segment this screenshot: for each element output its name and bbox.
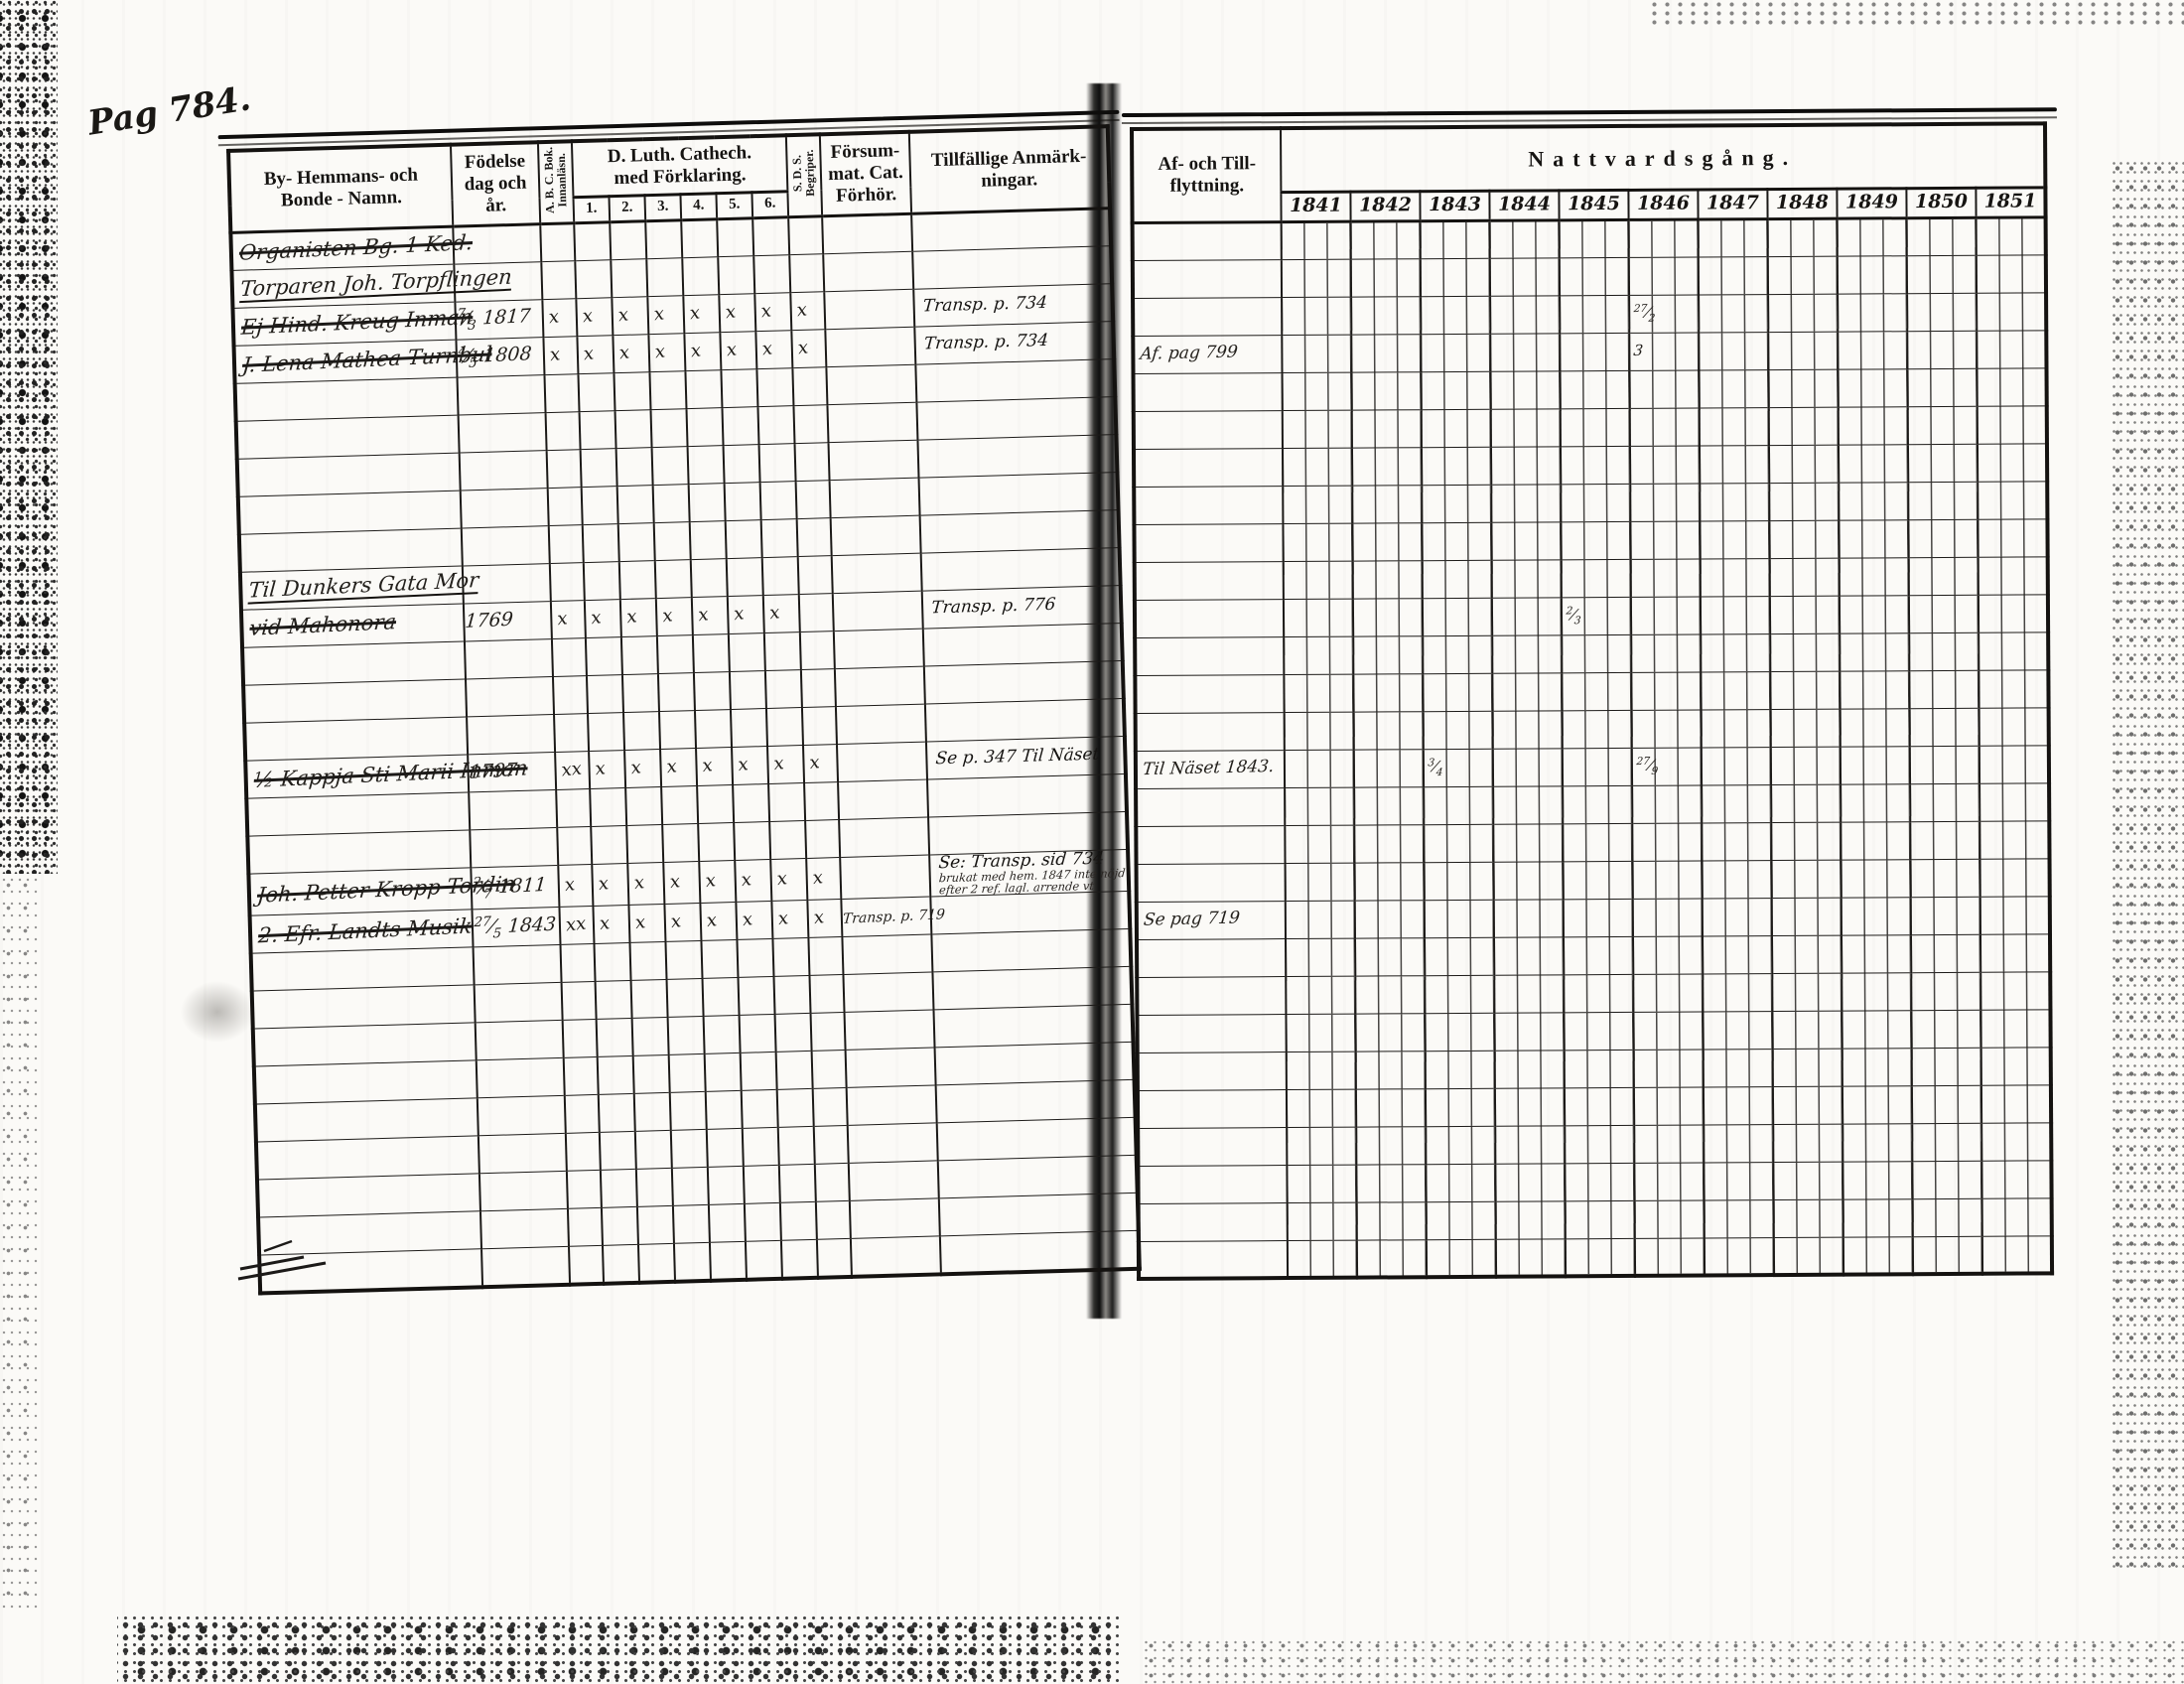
communion-cell-1849 [1839,444,1908,482]
communion-cell-1846 [1635,1237,1705,1275]
missed-exam-cell [849,1161,939,1200]
mark-cell: x [612,296,648,335]
mark-cell [588,712,624,751]
name-cell [251,947,475,991]
communion-cell-1846 [1632,822,1702,860]
table-row: 2⁄3 [1135,594,2048,637]
communion-cell-1844 [1490,219,1560,257]
col-header-remarks: Tillfällige Anmärk- ningar. [909,126,1110,213]
communion-cell-1846 [1633,860,1703,898]
moving-cell [1137,938,1286,977]
mark-cell: x [551,600,586,638]
missed-exam-cell [838,779,928,819]
communion-cell-1844 [1494,861,1564,899]
birth-date-cell [460,450,548,490]
mark-cell [815,1164,850,1202]
remarks-cell [911,208,1111,251]
mark-cell: x [692,596,729,634]
examination-mark: x [777,911,789,929]
communion-mark: 3⁄4 [1427,758,1444,778]
mark-cell: x [732,746,768,784]
communion-cell-1846 [1631,633,1701,671]
mark-cell [615,409,652,448]
mark-cell: x [770,858,807,902]
mark-cell [682,256,719,295]
name-cell [258,1211,481,1255]
communion-cell-1844 [1492,634,1562,672]
remarks-cell [938,1156,1138,1199]
communion-cell-1851 [1979,631,2048,669]
mark-cell [772,938,809,977]
communion-cell-1846: 27⁄2 [1629,295,1699,333]
mark-cell: x [807,900,842,938]
mark-cell [652,446,689,485]
mark-cell: x [620,598,657,636]
mark-cell [788,215,823,254]
examination-mark: x [617,306,629,325]
noise-bottom-edge [117,1616,1120,1684]
communion-cell-1841 [1283,410,1352,448]
examination-mark: x [590,609,602,628]
communion-cell-1842 [1352,409,1422,447]
remarks-cell [916,396,1116,440]
communion-cell-1841 [1282,335,1351,372]
communion-cell-1843 [1421,334,1490,371]
communion-cell-1848 [1769,483,1839,520]
communion-cell-1850 [1908,406,1978,444]
communion-cell-1851 [1979,745,2049,782]
mark-cell [574,221,611,260]
mark-cell [769,820,806,859]
communion-cell-1851 [1980,971,2050,1009]
communion-cell-1848 [1770,596,1840,633]
examination-mark: x [634,914,646,933]
examination-mark: x [630,759,642,777]
communion-cell-1844 [1492,672,1562,710]
examination-mark: x [689,304,701,323]
table-row [1134,405,2047,449]
missed-exam-cell [834,629,924,668]
mark-cell: x [593,906,629,944]
communion-cell-1842 [1353,560,1423,598]
moving-cell [1133,259,1282,298]
communion-cell-1845 [1563,823,1632,861]
birth-date-cell [462,525,550,565]
communion-cell-1849 [1841,746,1910,783]
communion-cell-1841 [1282,259,1351,297]
mark-cell [662,823,699,862]
mark-cell [775,1014,812,1052]
examination-mark: x [738,756,750,774]
communion-mark: 2⁄3 [1565,606,1582,627]
mark-cell [773,976,810,1015]
communion-cell-1847 [1703,1011,1772,1049]
handwritten-remark: Transp. p. 734 [922,293,1111,316]
examination-mark: x [598,875,610,894]
communion-cell-1841 [1284,674,1353,712]
communion-cell-1849 [1838,255,1907,293]
mark-cell [708,1167,745,1205]
mark-cell [685,369,722,408]
communion-cell-1845 [1562,559,1631,597]
mark-cell [816,1201,851,1240]
remarks-cell [939,1193,1139,1237]
communion-cell-1851 [1979,782,2049,820]
mark-cell [813,1088,848,1127]
examination-mark: x [669,873,681,892]
communion-cell-1841 [1287,1089,1356,1127]
mark-cell [743,1128,779,1167]
communion-cell-1844 [1491,446,1561,484]
name-cell: Ej Hind. Kreug Inman [232,302,456,346]
mark-cell [811,1013,846,1052]
communion-cell-1850 [1908,444,1978,482]
mark-cell: x [664,904,701,942]
mark-cell: x [543,336,578,374]
name-cell: 2. Efr. Landts Musik [250,910,474,953]
mark-cell [667,979,704,1018]
handwritten-name: J. Lena Mathea Turnbul [241,344,492,376]
mark-cell: x [558,864,593,908]
communion-cell-1851 [1979,556,2048,594]
communion-cell-1842 [1356,1126,1426,1164]
handwritten-page-number: Pag 784. [85,78,253,143]
communion-cell-1846 [1630,408,1700,446]
communion-cell-1841 [1286,1014,1355,1052]
communion-cell-1849 [1843,1236,1913,1274]
missed-exam-cell [840,855,930,900]
table-row [1133,254,2046,298]
communion-cell-1847 [1699,218,1768,256]
communion-cell-1849 [1840,632,1909,670]
communion-cell-1845 [1563,748,1632,785]
name-cell [253,1023,477,1066]
col-header-birth: Födelse dag och år. [451,142,540,225]
mark-cell [781,1240,818,1279]
mark-cell [556,788,591,827]
communion-cell-1846 [1631,671,1701,709]
birth-date-cell [479,1172,568,1211]
communion-cell-1845 [1561,370,1630,408]
communion-cell-1846 [1630,520,1700,558]
communion-cell-1842 [1354,824,1424,862]
mark-cell [759,443,796,482]
communion-cell-1847 [1701,596,1770,633]
mark-cell [653,484,690,522]
communion-cell-1845 [1561,521,1630,559]
mark-cell [547,449,582,488]
right-table-body: 27⁄2Af. pag 79932⁄3Til Näset 1843.3⁄427⁄… [1133,216,2053,1279]
mark-cell [705,1053,742,1092]
communion-cell-1847 [1705,1199,1774,1237]
noise-right-edge [2111,159,2184,1569]
communion-cell-1847 [1705,1237,1774,1275]
communion-cell-1851 [1980,1009,2050,1047]
examination-mark: xx [561,760,583,779]
missed-exam-cell [850,1198,940,1238]
communion-cell-1843 [1422,485,1491,522]
communion-cell-1847 [1700,369,1769,407]
remarks-cell: Transp. p. 734 [914,321,1114,364]
communion-cell-1846 [1630,483,1700,520]
communion-cell-1851 [1977,254,2046,292]
communion-cell-1849 [1843,1048,1912,1085]
communion-cell-1843 [1426,1051,1495,1088]
communion-cell-1851 [1979,820,2049,858]
moving-cell [1134,410,1283,449]
mark-cell [730,670,766,709]
communion-cell-1851 [1977,367,2046,405]
mark-cell [762,556,799,595]
communion-cell-1846 [1634,1124,1704,1162]
communion-cell-1845 [1560,219,1629,257]
col-header-names: By- Hemmans- och Bonde - Namn. [228,145,453,232]
name-cell [243,678,467,722]
handwritten-section-heading: Til Dunkers Gata Mor [248,570,479,605]
mark-cell: x [683,294,720,333]
communion-cell-1849 [1842,1010,1911,1048]
missed-exam-cell [839,817,929,857]
communion-cell-1849 [1839,519,1908,557]
mark-cell [634,1093,671,1132]
mark-cell: x [589,750,625,788]
examination-mark: x [776,870,788,889]
communion-cell-1845 [1562,634,1631,672]
communion-cell-1844 [1490,257,1560,295]
birth-date-cell [481,1247,570,1287]
mark-cell [681,218,718,257]
mark-cell [646,257,683,296]
communion-cell-1845 [1561,408,1630,446]
mark-cell [780,1202,817,1241]
communion-cell-1843 [1422,409,1491,447]
communion-cell-1849 [1842,859,1911,897]
communion-cell-1843 [1421,296,1490,334]
mark-cell [629,942,666,981]
remarks-cell: Se p. 347 Til Näset [926,736,1126,779]
communion-cell-1847 [1703,935,1772,973]
mark-cell [649,370,686,409]
communion-cell-1850 [1910,746,1979,783]
year-header-1850: 1850 [1906,188,1976,217]
communion-cell-1842 [1354,786,1424,824]
name-cell: Torparen Joh. Torpflingen [231,264,455,308]
moving-cell [1133,221,1282,260]
communion-cell-1845 [1560,295,1629,333]
mark-cell [776,1052,813,1090]
communion-cell-1841 [1282,297,1351,335]
communion-cell-1844 [1492,559,1562,597]
mark-cell [793,404,828,443]
communion-cell-1843 [1421,258,1490,296]
communion-cell-1849 [1843,1085,1912,1123]
mark-cell [540,222,575,261]
communion-cell-1850 [1910,708,1979,746]
missed-exam-cell [842,934,932,974]
mark-cell: x [647,295,684,334]
remarks-cell: Transp. p. 776 [922,585,1122,629]
mark-cell [623,711,660,750]
communion-cell-1844 [1496,1238,1566,1276]
mark-cell: x [720,331,756,369]
mark-cell: x [576,297,613,336]
communion-cell-1844 [1491,408,1561,446]
table-row [1134,518,2047,562]
birth-date-cell [466,676,554,716]
communion-cell-1850 [1908,482,1978,519]
catechism-col-2: 2. [609,195,645,221]
communion-cell-1845 [1566,1238,1635,1276]
mark-cell: x [696,747,733,785]
communion-cell-1849 [1841,708,1910,746]
name-cell [239,528,463,572]
remarks-cell [937,1118,1137,1162]
moving-cell [1133,297,1282,336]
mark-cell [595,943,631,982]
moving-cell: Af. pag 799 [1133,335,1282,373]
examination-mark: x [556,610,568,629]
mark-cell [768,782,805,821]
remarks-cell [931,929,1131,973]
communion-cell-1841 [1283,372,1352,410]
communion-cell-1847 [1702,709,1771,747]
birth-date-cell [470,827,558,867]
examination-mark: x [697,606,709,625]
mark-cell [745,1203,781,1242]
mark-cell [670,1092,707,1131]
mark-cell [632,1018,669,1056]
mark-cell [616,447,653,486]
mark-cell [619,560,656,599]
communion-cell-1851 [1977,292,2046,330]
communion-cell-1848 [1768,294,1838,332]
mark-cell [658,672,695,711]
mark-cell [796,480,831,518]
communion-cell-1849 [1843,1123,1912,1161]
communion-cell-1842 [1355,900,1425,937]
missed-exam-cell [823,251,913,291]
mark-cell [804,781,839,820]
mark-cell [600,1132,636,1171]
communion-cell-1847 [1699,256,1768,294]
communion-cell-1847 [1699,332,1768,369]
remarks-cell [924,660,1124,704]
year-header-1846: 1846 [1628,190,1698,219]
table-row [1139,1235,2052,1279]
name-cell [256,1136,479,1180]
mark-cell [561,944,596,983]
communion-cell-1843 [1423,560,1492,598]
mark-cell [726,519,762,558]
examination-mark: x [595,760,607,778]
mark-cell [695,709,732,748]
communion-cell-1843 [1425,900,1494,937]
communion-cell-1848 [1772,935,1842,973]
mark-cell [753,254,790,293]
communion-cell-1850 [1912,1048,1981,1085]
missed-exam-cell [831,515,921,555]
communion-cell-1849 [1839,482,1908,519]
communion-cell-1845 [1564,899,1633,936]
name-cell [236,415,460,459]
communion-cell-1849 [1838,293,1907,331]
missed-exam-cell [827,402,917,442]
examination-mark: x [549,346,561,364]
communion-cell-1842 [1351,296,1421,334]
communion-cell-1851 [1977,216,2046,254]
communion-cell-1848 [1770,671,1840,709]
mark-cell: x [719,293,755,332]
mark-cell [650,408,687,447]
birth-date-cell [478,1134,567,1174]
mark-cell [638,1244,675,1283]
mark-cell [694,671,731,710]
moving-cell: Se pag 719 [1137,901,1286,939]
moving-cell [1135,599,1284,637]
communion-cell-1844 [1495,1163,1565,1200]
name-cell [252,985,476,1029]
communion-cell-1841 [1287,1052,1356,1089]
mark-cell [760,481,797,519]
mark-cell [554,713,589,752]
communion-cell-1846 [1633,1011,1703,1049]
table-row [1138,1160,2051,1203]
mark-cell [557,826,592,865]
handwritten-birth-date: 1769 [465,611,514,631]
communion-cell-1843 [1425,862,1494,900]
handwritten-name: vid Mahonora [249,612,397,639]
communion-cell-1846 [1634,1162,1704,1199]
mark-cell [798,555,833,594]
communion-cell-1843 [1427,1201,1496,1239]
communion-cell-1847 [1704,1162,1773,1199]
communion-cell-1847 [1702,784,1771,822]
communion-cell-1849 [1842,897,1911,934]
communion-cell-1844 [1491,484,1561,521]
mark-cell [757,405,794,444]
communion-cell-1847 [1700,520,1769,558]
communion-cell-1848 [1774,1237,1843,1275]
communion-cell-1850 [1911,972,1980,1010]
examination-mark: x [768,604,780,623]
communion-cell-1842 [1352,447,1422,485]
communion-cell-1850 [1913,1236,1982,1274]
mark-cell [657,634,694,673]
mark-cell [562,982,597,1021]
communion-cell-1844 [1494,1012,1564,1050]
communion-cell-1849 [1840,557,1909,595]
catechism-col-4: 4. [680,193,717,219]
examination-mark: x [741,871,752,890]
mark-cell [808,937,843,976]
communion-cell-1848 [1772,860,1842,898]
communion-cell-1842 [1354,711,1424,749]
communion-cell-1849 [1843,1161,1912,1198]
mark-cell [740,1015,776,1053]
missed-exam-cell [845,1010,935,1050]
communion-cell-1846 [1634,1086,1704,1124]
name-cell [259,1249,482,1293]
communion-cell-1848 [1769,407,1839,445]
communion-cell-1843 [1424,786,1493,824]
mark-cell [596,981,632,1020]
mark-cell [690,520,727,559]
year-header-1841: 1841 [1281,192,1350,221]
year-header-1849: 1849 [1837,188,1906,217]
communion-cell-1850 [1911,859,1980,897]
communion-cell-1851 [1981,1047,2051,1084]
moving-cell [1134,372,1283,411]
